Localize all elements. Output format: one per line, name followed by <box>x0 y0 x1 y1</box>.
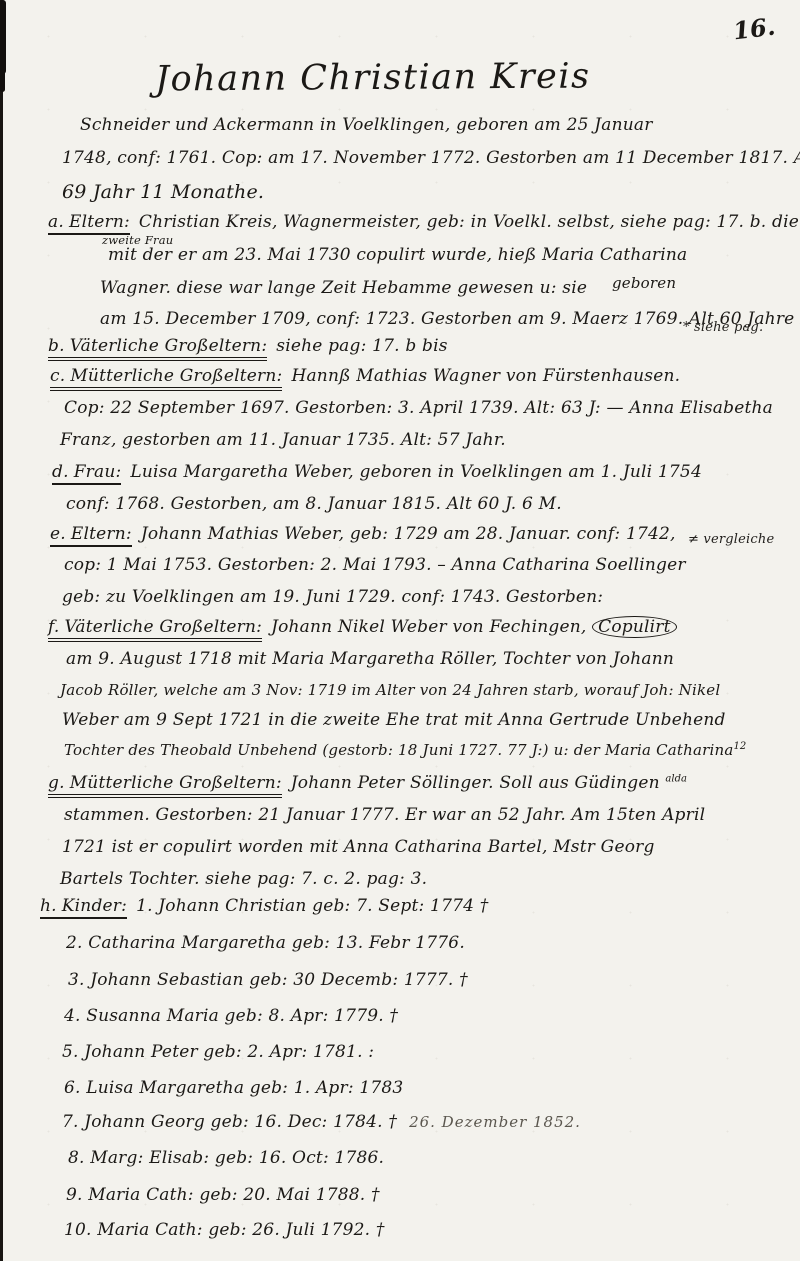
section-g-line-4: Bartels Tochter. siehe pag: 7. c. 2. pag… <box>60 869 427 889</box>
child-entry-5: 5. Johann Peter geb: 2. Apr: 1781. : <box>62 1042 374 1062</box>
child-entry-7: 7. Johann Georg geb: 16. Dec: 1784. †26.… <box>62 1112 581 1132</box>
section-f-circled-word: Copulirt <box>592 616 677 638</box>
section-e-line-1: Johann Mathias Weber, geb: 1729 am 28. J… <box>141 524 676 544</box>
section-c-line-1: Hannß Mathias Wagner von Fürstenhausen. <box>291 366 680 386</box>
child-entry-8: 8. Marg: Elisab: geb: 16. Oct: 1786. <box>68 1148 384 1168</box>
section-a-line-2: mit der er am 23. Mai 1730 copulirt wurd… <box>108 245 687 265</box>
section-f-superscript-note: 12 <box>734 741 747 752</box>
section-a-label: a.Eltern: <box>48 212 130 235</box>
document-title: Johann Christian Kreis <box>155 56 591 99</box>
page-number: 16. <box>731 12 777 46</box>
child-entry-2: 2. Catharina Margaretha geb: 13. Febr 17… <box>66 933 465 953</box>
section-f-line-2: am 9. August 1718 mit Maria Margaretha R… <box>66 649 674 669</box>
section-g-label: g.Mütterliche Großeltern: <box>48 773 282 798</box>
child-entry-7-later-addition: 26. Dezember 1852. <box>409 1113 581 1131</box>
section-f-line-5: Tochter des Theobald Unbehend (gestorb: … <box>64 741 746 759</box>
child-entry-1: 1. Johann Christian geb: 7. Sept: 1774 † <box>136 896 488 916</box>
section-f-heading: f.Väterliche Großeltern:Johann Nikel Web… <box>48 617 677 637</box>
section-a-insert-geboren: geboren <box>612 274 676 292</box>
margin-note-see-page: * siehe pag. <box>683 320 763 335</box>
section-g-line-3: 1721 ist er copulirt worden mit Anna Cat… <box>62 837 655 857</box>
margin-note-compare: ≠ vergleiche <box>688 532 774 547</box>
section-f-label: f.Väterliche Großeltern: <box>48 617 262 642</box>
section-d-line-1: Luisa Margaretha Weber, geboren in Voelk… <box>130 462 702 482</box>
section-f-line-4: Weber am 9 Sept 1721 in die zweite Ehe t… <box>62 710 726 730</box>
section-d-label: d.Frau: <box>52 462 121 485</box>
scan-blob-artifact <box>0 0 5 92</box>
section-e-label: e.Eltern: <box>50 524 132 547</box>
intro-line-1: Schneider und Ackermann in Voelklingen, … <box>80 115 653 135</box>
section-h-label: h.Kinder: <box>40 896 127 919</box>
section-f-line-1: Johann Nikel Weber von Fechingen, <box>271 617 586 637</box>
section-g-superscript-note: alda <box>665 773 687 784</box>
section-d-line-2: conf: 1768. Gestorben, am 8. Januar 1815… <box>66 494 562 514</box>
child-entry-6: 6. Luisa Margaretha geb: 1. Apr: 1783 <box>64 1078 403 1098</box>
section-b-line-1: siehe pag: 17. b bis <box>276 336 447 356</box>
scan-edge-artifact <box>0 0 3 1261</box>
section-c-label: c.Mütterliche Großeltern: <box>50 366 282 391</box>
section-a-line-1: Christian Kreis, Wagnermeister, geb: in … <box>139 212 799 232</box>
section-e-line-3: geb: zu Voelklingen am 19. Juni 1729. co… <box>62 587 603 607</box>
section-b-label: b.Väterliche Großeltern: <box>48 336 267 361</box>
section-c-line-2: Cop: 22 September 1697. Gestorben: 3. Ap… <box>64 398 773 418</box>
section-b-heading: b.Väterliche Großeltern:siehe pag: 17. b… <box>48 336 448 356</box>
section-g-line-1: Johann Peter Söllinger. Soll aus Güdinge… <box>291 773 660 793</box>
section-a-line-3: Wagner. diese war lange Zeit Hebamme gew… <box>100 278 587 298</box>
intro-line-3: 69 Jahr 11 Monathe. <box>62 181 264 203</box>
child-entry-4: 4. Susanna Maria geb: 8. Apr: 1779. † <box>64 1006 398 1026</box>
section-c-line-3: Franz, gestorben am 11. Januar 1735. Alt… <box>60 430 506 450</box>
section-d-heading: d.Frau:Luisa Margaretha Weber, geboren i… <box>52 462 702 482</box>
section-f-line-3: Jacob Röller, welche am 3 Nov: 1719 im A… <box>60 681 720 699</box>
section-c-heading: c.Mütterliche Großeltern:Hannß Mathias W… <box>50 366 680 386</box>
child-entry-3: 3. Johann Sebastian geb: 30 Decemb: 1777… <box>68 970 468 990</box>
section-g-heading: g.Mütterliche Großeltern:Johann Peter Sö… <box>48 773 687 793</box>
scanned-register-page: { "page_number": "16.", "title": "Johann… <box>0 0 800 1261</box>
section-h-heading: h.Kinder:1. Johann Christian geb: 7. Sep… <box>40 896 488 916</box>
section-e-heading: e.Eltern:Johann Mathias Weber, geb: 1729… <box>50 524 676 544</box>
section-a-heading: a.Eltern:Christian Kreis, Wagnermeister,… <box>48 212 799 232</box>
section-g-line-2: stammen. Gestorben: 21 Januar 1777. Er w… <box>64 805 705 825</box>
section-e-line-2: cop: 1 Mai 1753. Gestorben: 2. Mai 1793.… <box>64 555 686 575</box>
child-entry-9: 9. Maria Cath: geb: 20. Mai 1788. † <box>66 1185 380 1205</box>
child-entry-10: 10. Maria Cath: geb: 26. Juli 1792. † <box>64 1220 385 1240</box>
intro-line-2: 1748, conf: 1761. Cop: am 17. November 1… <box>62 148 800 168</box>
